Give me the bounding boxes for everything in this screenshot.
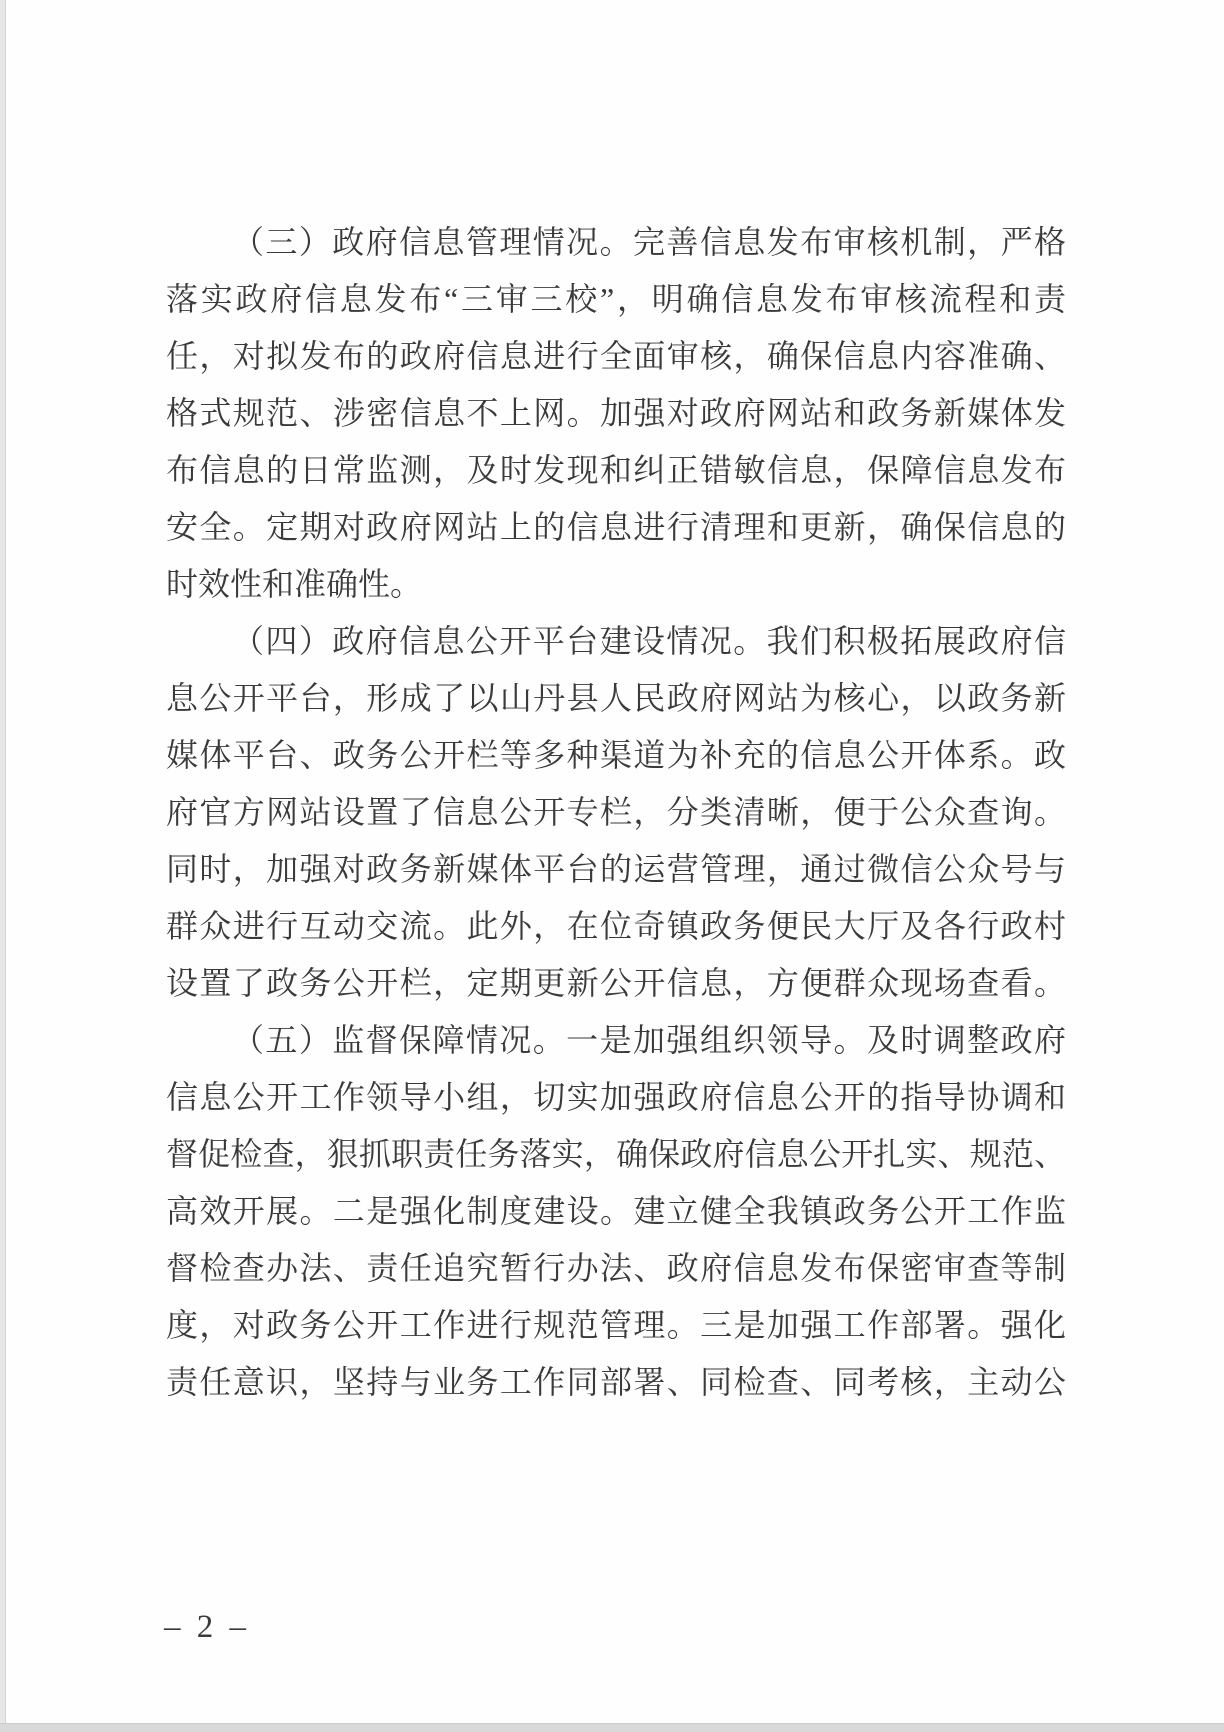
section-4-platform-construction: （四）政府信息公开平台建设情况。我们积极拓展政府信息公开平台，形成了以山丹县人民… [166,613,1066,1012]
text-line: 督检查办法、责任追究暂行办法、政府信息发布保密审查等制 [166,1240,1066,1297]
text-line: 落实政府信息发布“三审三校”，明确信息发布审核流程和责 [166,271,1066,328]
text-line: 群众进行互动交流。此外，在位奇镇政务便民大厅及各行政村 [166,898,1066,955]
section-3-information-management: （三）政府信息管理情况。完善信息发布审核机制，严格落实政府信息发布“三审三校”，… [166,214,1066,613]
section-5-supervision-guarantee: （五）监督保障情况。一是加强组织领导。及时调整政府信息公开工作领导小组，切实加强… [166,1012,1066,1411]
text-line: 安全。定期对政府网站上的信息进行清理和更新，确保信息的 [166,499,1066,556]
text-line: 设置了政务公开栏，定期更新公开信息，方便群众现场查看。 [166,955,1066,1012]
text-line: 息公开平台，形成了以山丹县人民政府网站为核心，以政务新 [166,670,1066,727]
text-line: 度，对政务公开工作进行规范管理。三是加强工作部署。强化 [166,1297,1066,1354]
page-number: – 2 – [164,1606,250,1648]
text-line: （四）政府信息公开平台建设情况。我们积极拓展政府信 [166,613,1066,670]
text-line: 督促检查，狠抓职责任务落实，确保政府信息公开扎实、规范、 [166,1126,1066,1183]
text-line: 格式规范、涉密信息不上网。加强对政府网站和政务新媒体发 [166,385,1066,442]
text-line: （三）政府信息管理情况。完善信息发布审核机制，严格 [166,214,1066,271]
text-line: 媒体平台、政务公开栏等多种渠道为补充的信息公开体系。政 [166,727,1066,784]
text-line: 任，对拟发布的政府信息进行全面审核，确保信息内容准确、 [166,328,1066,385]
text-line: 责任意识，坚持与业务工作同部署、同检查、同考核，主动公 [166,1354,1066,1411]
text-line: （五）监督保障情况。一是加强组织领导。及时调整政府 [166,1012,1066,1069]
text-line: 高效开展。二是强化制度建设。建立健全我镇政务公开工作监 [166,1183,1066,1240]
text-line: 同时，加强对政务新媒体平台的运营管理，通过微信公众号与 [166,841,1066,898]
text-line: 布信息的日常监测，及时发现和纠正错敏信息，保障信息发布 [166,442,1066,499]
scanned-document-page: （三）政府信息管理情况。完善信息发布审核机制，严格落实政府信息发布“三审三校”，… [0,0,1224,1732]
scan-edge-bottom [0,1723,1224,1732]
text-line: 府官方网站设置了信息公开专栏，分类清晰，便于公众查询。 [166,784,1066,841]
text-block: （三）政府信息管理情况。完善信息发布审核机制，严格落实政府信息发布“三审三校”，… [166,214,1066,1411]
text-line: 时效性和准确性。 [166,556,1066,613]
scan-edge-left [0,0,6,1732]
text-line: 信息公开工作领导小组，切实加强政府信息公开的指导协调和 [166,1069,1066,1126]
